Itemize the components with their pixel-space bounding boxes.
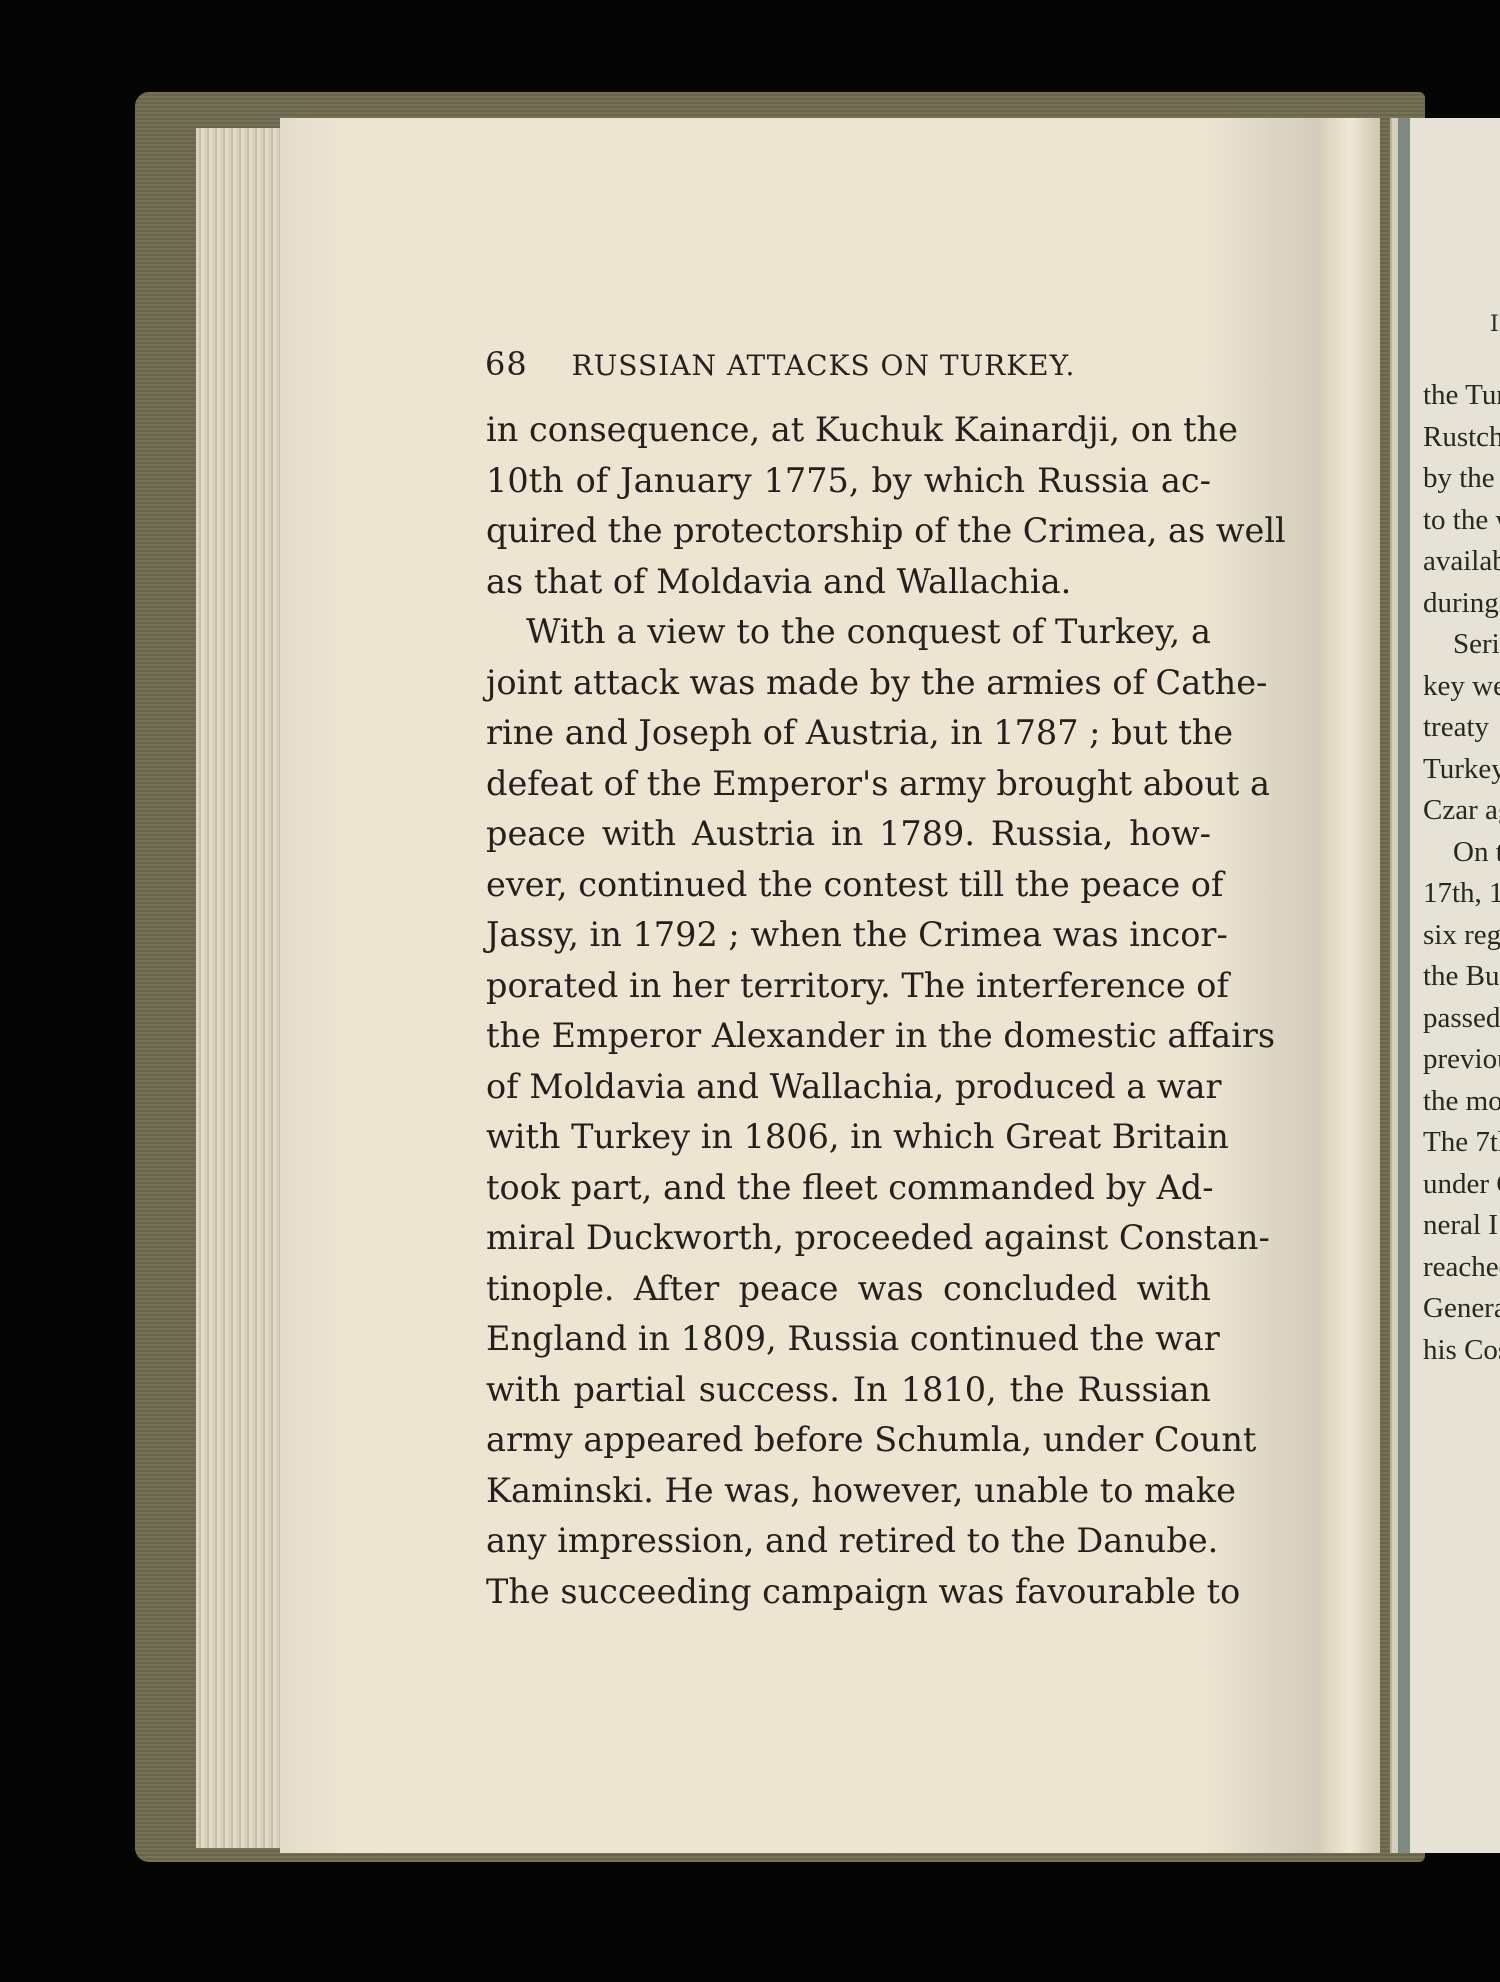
text-line: 10th of January 1775, by which Russia ac…: [486, 456, 1211, 507]
text-line: any impression, and retired to the Danub…: [486, 1516, 1211, 1567]
text-line: by the I: [1423, 458, 1500, 500]
text-line: with Turkey in 1806, in which Great Brit…: [486, 1112, 1211, 1163]
text-line: The succeeding campaign was favourable t…: [486, 1567, 1211, 1618]
text-line: joint attack was made by the armies of C…: [486, 658, 1211, 709]
right-page-band: [1398, 118, 1410, 1853]
text-line: reached: [1423, 1247, 1500, 1289]
text-line: The 7th: [1423, 1122, 1500, 1164]
text-line: took part, and the fleet commanded by Ad…: [486, 1163, 1211, 1214]
running-header: 68 RUSSIAN ATTACKS ON TURKEY.: [485, 345, 1075, 383]
text-line: miral Duckworth, proceeded against Const…: [486, 1213, 1211, 1264]
text-line: with partial success. In 1810, the Russi…: [486, 1365, 1211, 1416]
text-line: the Tur: [1423, 375, 1500, 417]
text-line: rine and Joseph of Austria, in 1787 ; bu…: [486, 708, 1211, 759]
text-line: his Cos: [1423, 1330, 1500, 1372]
text-line: Serio: [1423, 624, 1500, 666]
text-line: Jassy, in 1792 ; when the Crimea was inc…: [486, 910, 1211, 961]
text-line: treaty: [1423, 707, 1500, 749]
text-line: 17th, 1: [1423, 873, 1500, 915]
text-line: during: [1423, 583, 1500, 625]
text-line: neral I: [1423, 1205, 1500, 1247]
page-body-text: in consequence, at Kuchuk Kainardji, on …: [486, 405, 1211, 1617]
text-line: under G: [1423, 1164, 1500, 1206]
text-line: to the w: [1423, 500, 1500, 542]
page-edges: [196, 128, 286, 1848]
book-gutter: [1320, 118, 1380, 1853]
text-line: England in 1809, Russia continued the wa…: [486, 1314, 1211, 1365]
text-line: quired the protectorship of the Crimea, …: [486, 506, 1211, 557]
text-line: Rustchu: [1423, 417, 1500, 459]
text-line: ever, continued the contest till the pea…: [486, 860, 1211, 911]
text-line: six reg: [1423, 915, 1500, 957]
text-line: of Moldavia and Wallachia, produced a wa…: [486, 1062, 1211, 1113]
text-line: key we: [1423, 666, 1500, 708]
text-line: as that of Moldavia and Wallachia.: [486, 557, 1211, 608]
text-line: defeat of the Emperor's army brought abo…: [486, 759, 1211, 810]
right-running-head: IN: [1490, 312, 1500, 337]
text-line: the mo: [1423, 1081, 1500, 1123]
text-line: peace with Austria in 1789. Russia, how-: [486, 809, 1211, 860]
text-line: On t: [1423, 832, 1500, 874]
right-page-text: the Tur Rustchu by the I to the w availa…: [1423, 375, 1500, 1371]
text-line: the Emperor Alexander in the domestic af…: [486, 1011, 1211, 1062]
text-line: Kaminski. He was, however, unable to mak…: [486, 1466, 1211, 1517]
page-number: 68: [485, 345, 528, 383]
text-line: availabl: [1423, 541, 1500, 583]
text-line: tinople. After peace was concluded with: [486, 1264, 1211, 1315]
text-line: With a view to the conquest of Turkey, a: [486, 607, 1211, 658]
text-line: the Bu: [1423, 956, 1500, 998]
text-line: Turkey: [1423, 749, 1500, 791]
text-line: army appeared before Schumla, under Coun…: [486, 1415, 1211, 1466]
running-head-title: RUSSIAN ATTACKS ON TURKEY.: [572, 349, 1076, 382]
text-line: in consequence, at Kuchuk Kainardji, on …: [486, 405, 1211, 456]
text-line: porated in her territory. The interferen…: [486, 961, 1211, 1012]
text-line: General: [1423, 1288, 1500, 1330]
text-line: passed: [1423, 998, 1500, 1040]
text-line: previou: [1423, 1039, 1500, 1081]
text-line: Czar ag: [1423, 790, 1500, 832]
